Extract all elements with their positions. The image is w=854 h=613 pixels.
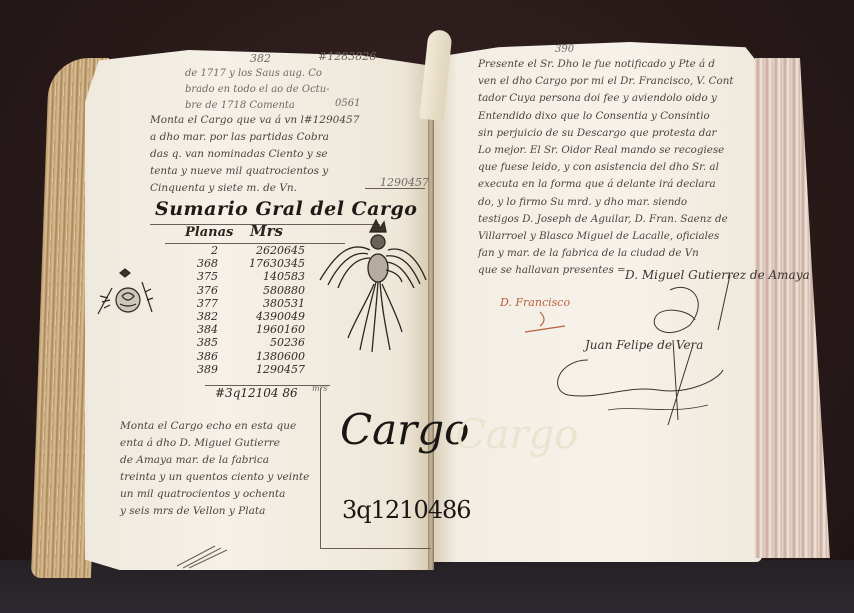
floral-emblem-icon <box>90 268 160 328</box>
table-cell: 382 <box>188 310 218 323</box>
header-line-1: de 1717 y los Saus aug. Co <box>185 68 322 79</box>
mrs-column: 2620645 17630345 140583 580880 380531 43… <box>240 244 305 376</box>
table-cell: 50236 <box>240 336 305 349</box>
left-page-number: 382 <box>250 52 271 65</box>
table-cell: 377 <box>188 297 218 310</box>
table-cell: 580880 <box>240 284 305 297</box>
table-cell: 386 <box>188 350 218 363</box>
planas-column: 2 368 375 376 377 382 384 385 386 389 <box>188 244 218 376</box>
table-cell: 380531 <box>240 297 305 310</box>
table-cell: 140583 <box>240 270 305 283</box>
right-page-text: Presente el Sr. Dho le fue notificado y … <box>478 56 733 280</box>
table-cell: 1380600 <box>240 350 305 363</box>
divider <box>365 188 425 189</box>
table-cell: 368 <box>188 257 218 270</box>
table-cell: 384 <box>188 323 218 336</box>
summary-total: #3q12104 86 <box>215 386 298 400</box>
closing-paragraph: Monta el Cargo echo en esta que enta á d… <box>120 418 309 520</box>
col-header-mrs: Mrs <box>250 222 283 240</box>
red-ink-rubric: D. Francisco <box>500 296 570 309</box>
header-line-2: brado en todo el ao de Octu- <box>185 84 330 95</box>
table-cell: 17630345 <box>240 257 305 270</box>
bleed-through-ghost: Cargo <box>455 412 578 458</box>
table-cell: 375 <box>188 270 218 283</box>
header-small-amount: 0561 <box>335 98 360 109</box>
right-page-number: 390 <box>555 44 574 55</box>
table-cell: 2620645 <box>240 244 305 257</box>
flourish-icon <box>175 540 235 570</box>
phoenix-drawing-icon <box>310 210 430 355</box>
cargo-label: Cargo <box>340 405 469 454</box>
table-cell: 4390049 <box>240 310 305 323</box>
table-cell: 389 <box>188 363 218 376</box>
table-cell: 376 <box>188 284 218 297</box>
intro-paragraph: Monta el Cargo que va á vn l#1290457 a d… <box>150 112 359 197</box>
table-cell: 1290457 <box>240 363 305 376</box>
table-cell: 2 <box>188 244 218 257</box>
table-cell: 1960160 <box>240 323 305 336</box>
cargo-total-amount: 3q1210486 <box>342 496 471 524</box>
left-top-amount: #1283826 <box>318 50 376 63</box>
header-line-3: bre de 1718 Comenta <box>185 100 295 111</box>
table-cell: 385 <box>188 336 218 349</box>
right-page-edges <box>755 58 830 558</box>
col-header-planas: Planas <box>185 225 233 240</box>
